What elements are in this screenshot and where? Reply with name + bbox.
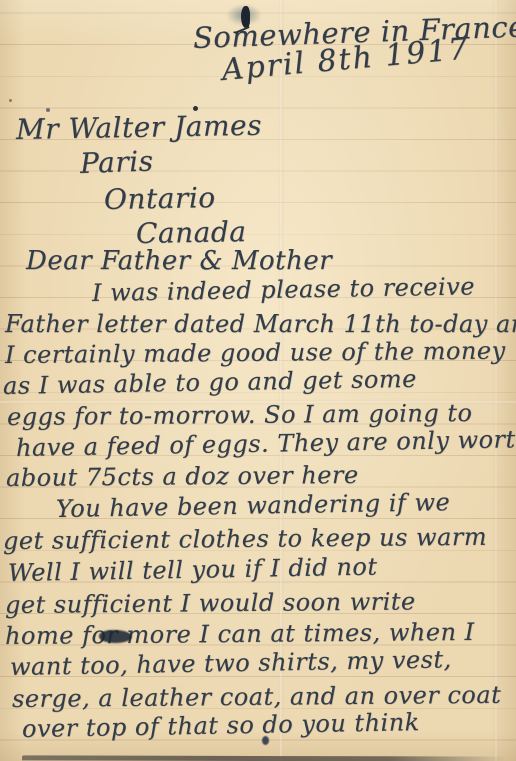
vertical-fold-crease-right — [494, 0, 498, 761]
ink-speck — [46, 108, 50, 112]
address-province: Ontario — [104, 184, 216, 214]
letter-body-line: have a feed of eggs. They are only worth — [16, 427, 516, 460]
letter-body-line: as I was able to go and get some — [3, 367, 417, 398]
letter-page: Somewhere in France April 8th 1917 Mr Wa… — [0, 0, 516, 761]
ink-speck — [262, 736, 269, 745]
ink-blot — [241, 6, 250, 28]
letter-body-line: home for more I can at times, when I — [5, 620, 475, 648]
letter-body-line: I was indeed please to receive — [92, 274, 475, 305]
letter-body-line: get sufficient I would soon write — [5, 589, 416, 617]
letter-body-line: Father letter dated March 11th to-day an… — [5, 312, 516, 336]
letter-salutation: Dear Father & Mother — [26, 248, 332, 274]
ink-blot-over-word — [99, 630, 132, 643]
address-country: Canada — [136, 218, 247, 248]
letter-body-line: Well I will tell you if I did not — [8, 555, 378, 585]
paper-bottom-edge — [22, 755, 512, 761]
letter-body-line: I certainly made good use of the money — [5, 339, 506, 367]
letter-body-line: over top of that so do you think — [22, 710, 420, 741]
letter-body-line: eggs for to-morrow. So I am going to — [7, 401, 473, 429]
letter-body-line: want too, have two shirts, my vest, — [10, 647, 452, 679]
ink-speck — [9, 99, 12, 102]
letter-body-line: get sufficient clothes to keep us warm — [3, 525, 487, 553]
ink-speck — [193, 106, 198, 111]
address-town: Paris — [80, 147, 154, 178]
letter-body-line: You have been wandering if we — [56, 490, 451, 521]
letter-body-line: serge, a leather coat, and an over coat — [12, 683, 501, 711]
address-recipient-name: Mr Walter James — [16, 112, 262, 144]
letter-body-line: about 75cts a doz over here — [6, 463, 359, 490]
